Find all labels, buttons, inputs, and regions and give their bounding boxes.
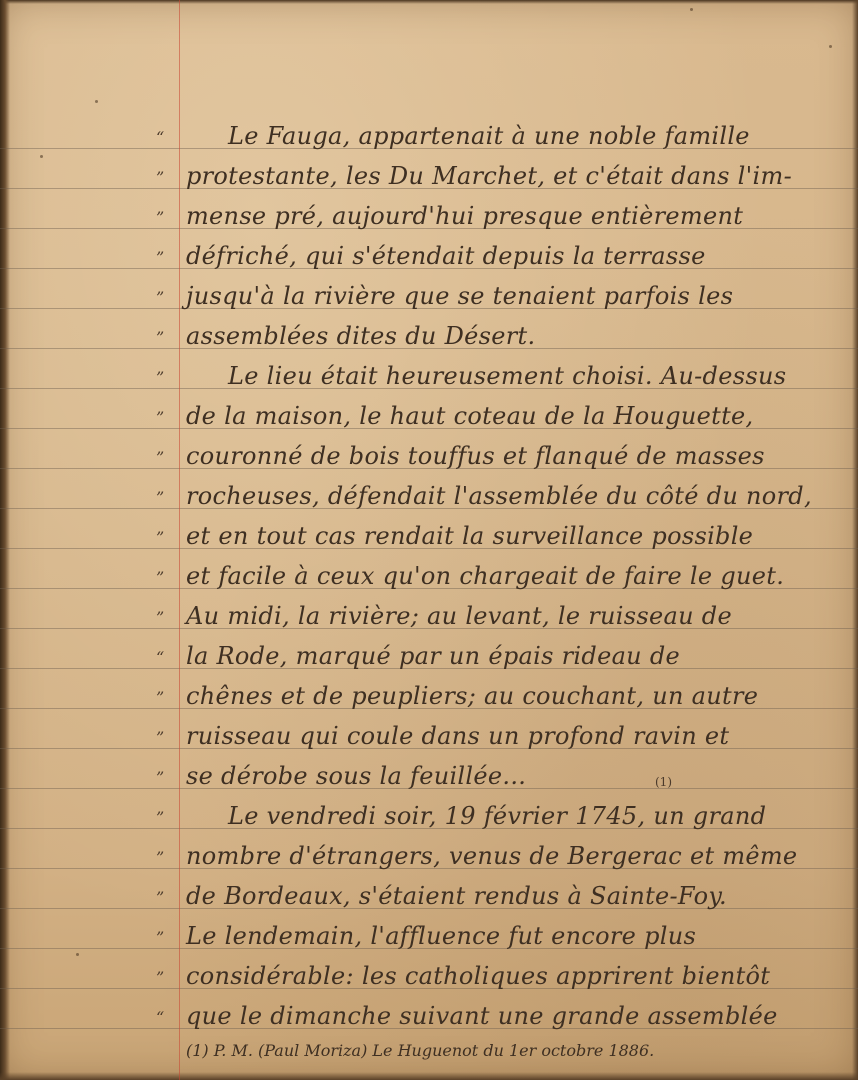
- ditto-mark: ”: [156, 610, 164, 626]
- text-line: Le lendemain, l'affluence fut encore plu…: [186, 924, 836, 948]
- paper-speck: [95, 100, 98, 103]
- text-line: se dérobe sous la feuillée...: [186, 764, 836, 788]
- ditto-mark: ”: [156, 890, 164, 906]
- ditto-mark: ”: [156, 290, 164, 306]
- paper-speck: [76, 953, 79, 956]
- text-line: ruisseau qui coule dans un profond ravin…: [186, 724, 836, 748]
- text-line: que le dimanche suivant une grande assem…: [186, 1004, 836, 1028]
- text-line: rocheuses, défendait l'assemblée du côté…: [186, 484, 836, 508]
- ditto-mark: ”: [156, 210, 164, 226]
- text-line: et en tout cas rendait la surveillance p…: [186, 524, 836, 548]
- ditto-mark: ”: [156, 690, 164, 706]
- paper-speck: [829, 45, 832, 48]
- page-bottom-edge: [0, 1072, 858, 1080]
- ditto-mark: ”: [156, 810, 164, 826]
- manuscript-page: “Le Fauga, appartenait à une noble famil…: [0, 0, 858, 1080]
- ditto-mark: ”: [156, 170, 164, 186]
- text-line: couronné de bois touffus et flanqué de m…: [186, 444, 836, 468]
- text-line: la Rode, marqué par un épais rideau de: [186, 644, 836, 668]
- paper-speck: [40, 155, 43, 158]
- paper-speck: [690, 8, 693, 11]
- ditto-mark: ”: [156, 370, 164, 386]
- ditto-mark: “: [156, 1010, 164, 1026]
- ditto-mark: ”: [156, 970, 164, 986]
- text-line: jusqu'à la rivière que se tenaient parfo…: [186, 284, 836, 308]
- ditto-mark: ”: [156, 530, 164, 546]
- page-binding-edge: [0, 0, 10, 1080]
- ditto-mark: ”: [156, 250, 164, 266]
- ditto-mark: ”: [156, 770, 164, 786]
- text-line: nombre d'étrangers, venus de Bergerac et…: [186, 844, 836, 868]
- text-line: et facile à ceux qu'on chargeait de fair…: [186, 564, 836, 588]
- text-line: mense pré, aujourd'hui presque entièreme…: [186, 204, 836, 228]
- text-line: de Bordeaux, s'étaient rendus à Sainte-F…: [186, 884, 836, 908]
- text-line: chênes et de peupliers; au couchant, un …: [186, 684, 836, 708]
- ditto-mark: ”: [156, 570, 164, 586]
- ditto-mark: ”: [156, 330, 164, 346]
- footnote: (1) P. M. (Paul Moriza) Le Huguenot du 1…: [186, 1041, 654, 1060]
- text-line: défriché, qui s'étendait depuis la terra…: [186, 244, 836, 268]
- ditto-mark: ”: [156, 490, 164, 506]
- ditto-mark: ”: [156, 410, 164, 426]
- text-line: de la maison, le haut coteau de la Hougu…: [186, 404, 836, 428]
- page-right-edge: [852, 0, 858, 1080]
- text-line: considérable: les catholiques apprirent …: [186, 964, 836, 988]
- ditto-mark: ”: [156, 730, 164, 746]
- red-margin-line: [179, 0, 180, 1080]
- text-line: Le vendredi soir, 19 février 1745, un gr…: [228, 804, 836, 828]
- text-line: Au midi, la rivière; au levant, le ruiss…: [186, 604, 836, 628]
- text-line: assemblées dites du Désert.: [186, 324, 836, 348]
- text-line: Le lieu était heureusement choisi. Au-de…: [228, 364, 836, 388]
- page-top-edge: [0, 0, 858, 4]
- text-line: protestante, les Du Marchet, et c'était …: [186, 164, 836, 188]
- ditto-mark: ”: [156, 450, 164, 466]
- ditto-mark: “: [156, 130, 164, 146]
- ditto-mark: ”: [156, 930, 164, 946]
- ditto-mark: “: [156, 650, 164, 666]
- ditto-mark: ”: [156, 850, 164, 866]
- footnote-reference: (1): [655, 775, 672, 789]
- text-line: Le Fauga, appartenait à une noble famill…: [228, 124, 836, 148]
